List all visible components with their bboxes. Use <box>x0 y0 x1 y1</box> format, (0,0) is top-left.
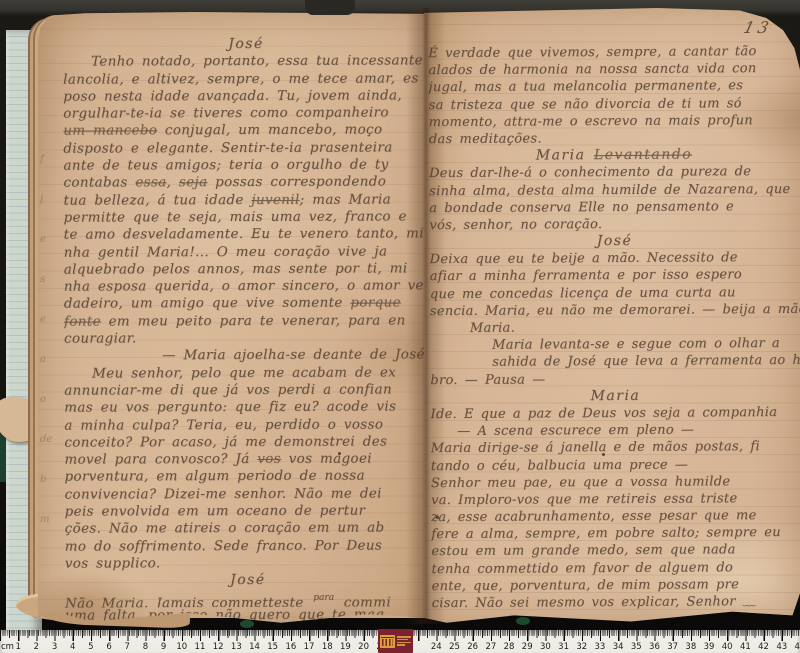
manuscript-line: orgulhar-te-ia se tiveres como companhei… <box>63 105 429 124</box>
ruler-number: 26 <box>464 642 482 652</box>
manuscript-line: José <box>63 35 429 54</box>
ruler-number: 33 <box>591 642 609 652</box>
manuscript-line: convivencia? Dizei-me senhor. Não me dei <box>65 485 431 504</box>
manuscript-line: jugal, mas a tua melancolia permanente, … <box>428 77 798 96</box>
ruler-number: 5 <box>82 642 100 652</box>
ruler-number: 7 <box>118 642 136 652</box>
manuscript-line: ções. Não me atireis o coração em um ab <box>65 520 431 539</box>
manuscript-line: disposto e elegante. Sentir-te-ia prasen… <box>63 139 429 158</box>
manuscript-line: a <box>40 340 56 380</box>
manuscript-line: porventura, em algum periodo de nossa <box>64 468 430 487</box>
manuscript-line: za, esse acabrunhamento, esse pesar que … <box>431 507 800 526</box>
ink-speck <box>602 453 605 456</box>
ruler-number: 15 <box>264 642 282 652</box>
manuscript-line: É verdade que vivemos, sempre, a cantar … <box>428 43 798 62</box>
manuscript-line: sa tristeza que se não divorcia de ti um… <box>429 94 799 113</box>
manuscript-line: m <box>40 500 56 540</box>
speaker-heading: José <box>65 572 431 591</box>
manuscript-line: Não Maria. Jamais commetteste para commi <box>65 589 431 608</box>
felt-backing <box>516 617 530 625</box>
left-page: fjeseaodebm José Tenho notado, portanto,… <box>38 12 430 624</box>
ruler-number: 31 <box>555 642 573 652</box>
dialogue-paragraph: É verdade que vivemos, sempre, a cantar … <box>428 43 799 148</box>
manuscript-line: um mancebo conjugal, um mancebo, moço <box>63 122 429 141</box>
ruler-number: 35 <box>627 642 645 652</box>
manuscript-line: peis envolvida em um oceano de pertur <box>65 502 431 521</box>
left-page-text: José Tenho notado, portanto, essa tua in… <box>63 35 431 624</box>
manuscript-line: vos supplico. <box>65 554 431 573</box>
ruler-number: 25 <box>446 642 464 652</box>
dialogue-paragraph: Deixa que eu te beije a mão. Necessito d… <box>430 249 800 337</box>
manuscript-line: de <box>40 420 56 460</box>
ruler-number: 3 <box>46 642 64 652</box>
manuscript-line: nha esposa querida, o amor sincero, o am… <box>64 278 430 297</box>
ruler-number: 30 <box>536 642 554 652</box>
manuscript-line: Tenho notado, portanto, essa tua incessa… <box>63 53 429 72</box>
manuscript-line: nha gentil Maria!... O meu coração vive … <box>64 243 430 262</box>
ruler-number: 6 <box>100 642 118 652</box>
ink-speck <box>338 452 341 455</box>
manuscript-line: vós, senhor, no coração. <box>429 215 799 234</box>
manuscript-line: contabas essa, seja possas correspondend… <box>63 174 429 193</box>
library-building-icon <box>380 635 395 648</box>
right-page-text: É verdade que vivemos, sempre, a cantar … <box>428 43 800 612</box>
stage-direction: — Maria ajoelha-se deante de José <box>64 347 430 366</box>
ruler-number: 36 <box>645 642 663 652</box>
ruler-number: 8 <box>136 642 154 652</box>
ruler-number: 28 <box>500 642 518 652</box>
manuscript-line: mas eu vos pergunto: que fiz eu? acode v… <box>64 399 430 418</box>
ruler-number: 27 <box>482 642 500 652</box>
ruler-number: 40 <box>718 642 736 652</box>
ruler-number: 17 <box>300 642 318 652</box>
manuscript-line: estou em um grande medo, sem que nada <box>431 541 800 560</box>
manuscript-line: tando o céu, balbucia uma prece — <box>431 455 800 474</box>
manuscript-line: — A scena escurece em pleno — <box>431 421 800 440</box>
ruler-number: 32 <box>573 642 591 652</box>
manuscript-line: a minha culpa? Teria, eu, perdido o voss… <box>64 416 430 435</box>
dialogue-paragraph: Meu senhor, pelo que me acabam de exannu… <box>64 364 431 573</box>
manuscript-line: annunciar-me di que já vos perdi a confi… <box>64 381 430 400</box>
manuscript-line: e <box>40 220 56 260</box>
dialogue-paragraph: Deus dar-lhe-á o conhecimento da pureza … <box>429 163 799 234</box>
right-page: 13 É verdade que vivemos, sempre, a cant… <box>424 8 800 624</box>
ruler-number: 4 <box>64 642 82 652</box>
manuscript-line: te amo desveladamente. Eu te venero tant… <box>64 226 430 245</box>
page-number: 13 <box>741 18 774 37</box>
manuscript-line: afiar a minha ferramenta e por isso espe… <box>430 266 800 285</box>
manuscript-line: conceito? Por acaso, já me demonstrei de… <box>64 433 430 452</box>
manuscript-line: Deixa que eu te beije a mão. Necessito d… <box>430 249 800 268</box>
backdrop-notch <box>305 0 355 15</box>
manuscript-line: tua belleza, á tua idade juvenil; mas Ma… <box>64 191 430 210</box>
ruler-number: 38 <box>682 642 700 652</box>
manuscript-line: Senhor meu pae, eu que a vossa humilde <box>431 473 800 492</box>
manuscript-line: permitte que te seja, mais uma vez, fran… <box>64 208 430 227</box>
archive-badge <box>378 629 413 653</box>
manuscript-line: tenha commettido em favor de alguem do <box>431 558 800 577</box>
manuscript-line: f <box>40 140 56 180</box>
manuscript-line: José <box>65 572 431 591</box>
ruler-number: 34 <box>609 642 627 652</box>
manuscript-line: momento, attra-me o escrevo na mais prof… <box>429 112 799 131</box>
felt-backing <box>240 620 254 628</box>
margin-marks: fjeseaodebm <box>40 140 56 540</box>
ink-speck <box>436 516 439 519</box>
manuscript-line: — Maria ajoelha-se deante de José <box>64 347 430 366</box>
manuscript-line: Maria dirige-se á janella e de mãos post… <box>431 438 800 457</box>
manuscript-line: ante de teus amigos; teria o orgulho de … <box>63 156 429 175</box>
manuscript-line: sencia. Maria, eu não me demorarei. — be… <box>430 301 800 320</box>
manuscript-line: e <box>40 300 56 340</box>
manuscript-line: das meditações. <box>429 129 799 148</box>
manuscript-line: José <box>429 232 799 251</box>
manuscript-line: sahida de José que leva a ferramenta ao … <box>430 352 800 371</box>
manuscript-line: alquebrado pelos annos, mas sente por ti… <box>64 260 430 279</box>
manuscript-line: fere a alma, sempre, em pobre salto; sem… <box>431 524 800 543</box>
stage-direction: Maria levanta-se e segue com o olhar asa… <box>430 335 800 389</box>
ruler-number: 13 <box>227 642 245 652</box>
ruler-number: 11 <box>191 642 209 652</box>
ruler-number: 42 <box>755 642 773 652</box>
manuscript-line: Meu senhor, pelo que me acabam de ex <box>64 364 430 383</box>
ruler-number: 24 <box>427 642 445 652</box>
speaker-heading: José <box>429 232 799 251</box>
speaker-heading: Maria Levantando <box>429 146 799 165</box>
ruler-number: 41 <box>736 642 754 652</box>
dialogue-paragraph: Tenho notado, portanto, essa tua incessa… <box>63 53 430 348</box>
manuscript-line: Deus dar-lhe-á o conhecimento da pureza … <box>429 163 799 182</box>
ruler-number: 18 <box>318 642 336 652</box>
manuscript-line: Maria <box>430 387 800 406</box>
manuscript-line: couragiar. <box>64 329 430 348</box>
manuscript-line: sinha alma, desta alma humilde de Nazare… <box>429 180 799 199</box>
manuscript-line: dadeiro, um amigo que vive somente porqu… <box>64 295 430 314</box>
speaker-heading: Maria <box>430 387 800 406</box>
ruler-number: 12 <box>209 642 227 652</box>
manuscript-line: s <box>40 260 56 300</box>
manuscript-line: a bondade conserva Elle no pensamento e <box>429 198 799 217</box>
manuscript-line: Maria Levantando <box>429 146 799 165</box>
measuring-ruler: cm 1234567891011121314151617181920212425… <box>0 630 800 653</box>
manuscript-line: va. Imploro-vos que me retireis essa tri… <box>431 490 800 509</box>
manuscript-line: fonte em meu peito para te venerar, para… <box>64 312 430 331</box>
ruler-number: 39 <box>700 642 718 652</box>
manuscript-line: poso nesta idade avançada. Tu, jovem ain… <box>63 87 429 106</box>
manuscript-line: o <box>40 380 56 420</box>
ruler-number: 20 <box>355 642 373 652</box>
manuscript-line: j <box>40 180 56 220</box>
ruler-number: 10 <box>173 642 191 652</box>
ruler-number: 9 <box>155 642 173 652</box>
manuscript-line: movel para convosco? Já vos vos magoei <box>64 450 430 469</box>
ruler-number: 2 <box>27 642 45 652</box>
ruler-number: 43 <box>773 642 791 652</box>
manuscript-line: lancolia, e altivez, sempre, o me tece a… <box>63 70 429 89</box>
ruler-number: 19 <box>336 642 354 652</box>
badge-text-lines <box>397 636 411 645</box>
manuscript-line: ente, que, porventura, de mim possam pre <box>432 576 800 595</box>
ruler-number: 29 <box>518 642 536 652</box>
ruler-number: 16 <box>282 642 300 652</box>
manuscript-photo: fjeseaodebm José Tenho notado, portanto,… <box>0 0 800 653</box>
manuscript-line: que me concedas licença de uma curta au <box>430 283 800 302</box>
manuscript-line: cisar. Não sei mesmo vos explicar, Senho… <box>432 593 800 612</box>
manuscript-line: mo do soffrimento. Sede franco. Por Deus <box>65 537 431 556</box>
ruler-number: 1 <box>9 642 27 652</box>
manuscript-line: alados de harmonia na nossa sancta vida … <box>428 60 798 79</box>
manuscript-line: bro. — Pausa — <box>430 369 800 388</box>
manuscript-line: b <box>40 460 56 500</box>
dialogue-paragraph: Ide. E que a paz de Deus vos seja a comp… <box>430 404 800 613</box>
ruler-number: 44 <box>791 642 800 652</box>
ruler-number: 14 <box>246 642 264 652</box>
speaker-heading: José <box>63 35 429 54</box>
ruler-number: 37 <box>664 642 682 652</box>
manuscript-line: Maria levanta-se e segue com o olhar a <box>430 335 800 354</box>
manuscript-line: Ide. E que a paz de Deus vos seja a comp… <box>430 404 800 423</box>
